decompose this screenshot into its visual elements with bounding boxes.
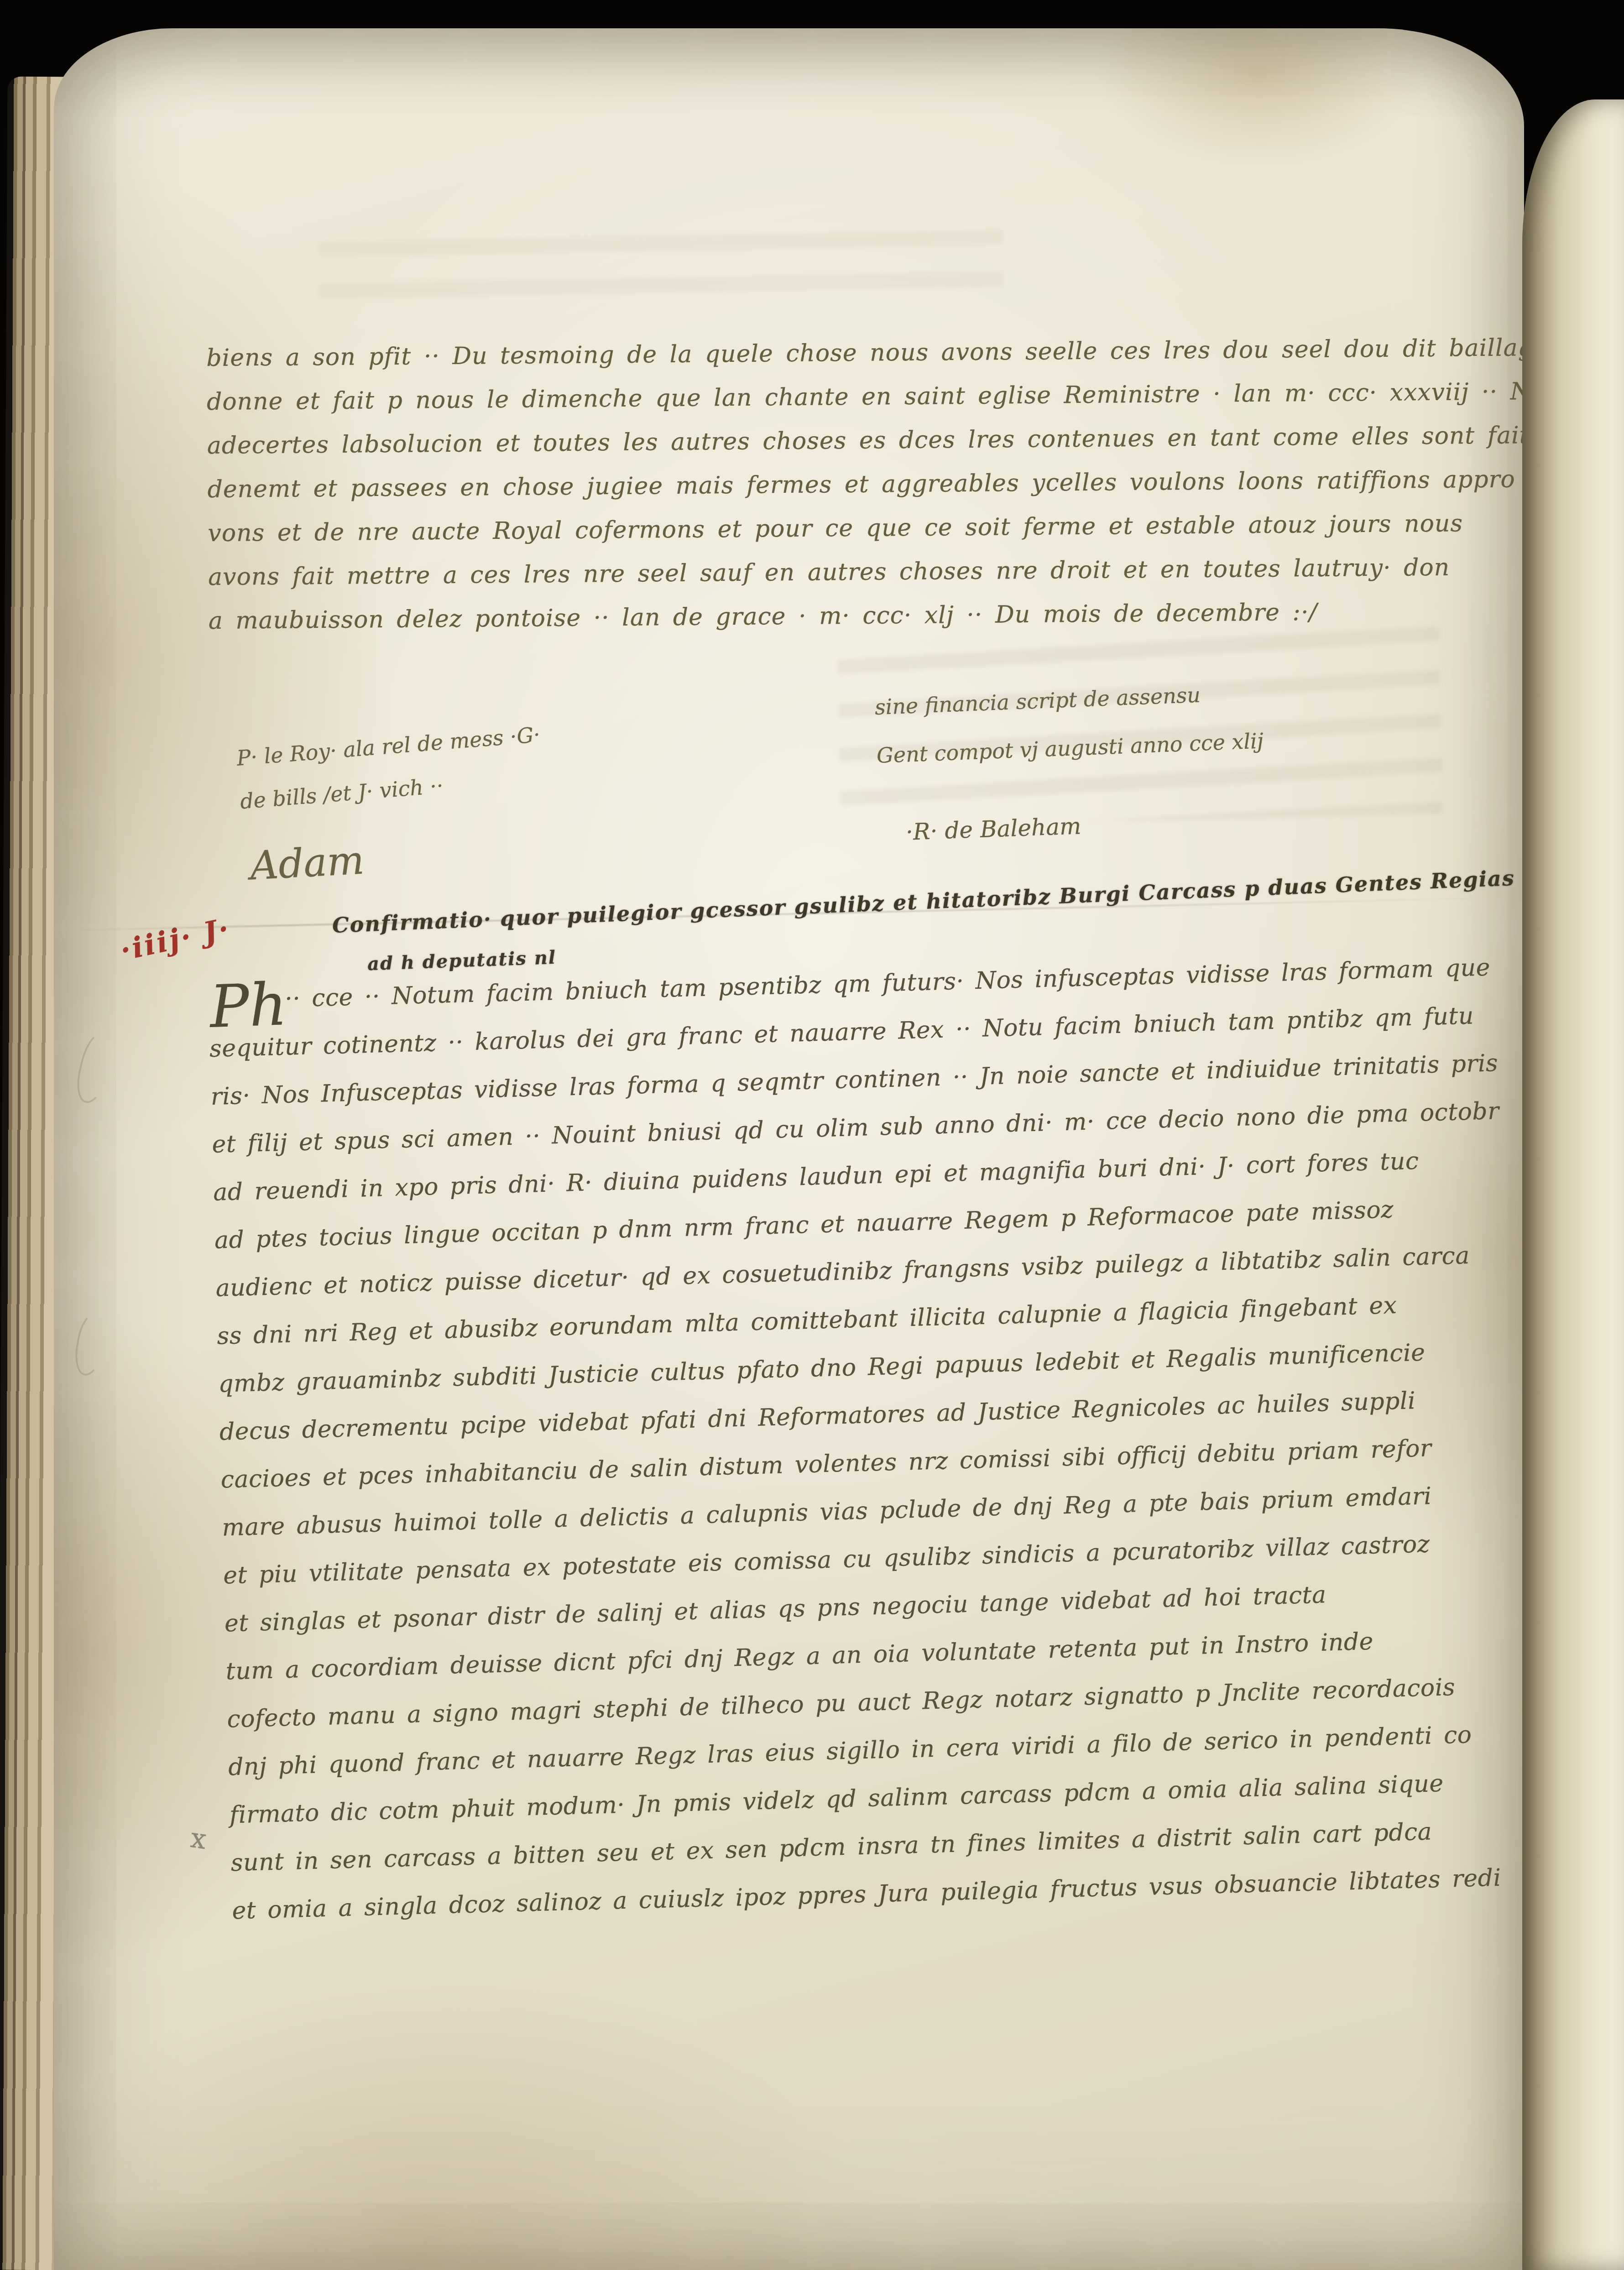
rubricated-item-number: ·iiij· J· — [117, 911, 234, 967]
clerk-signature: ·R· de Baleham — [905, 813, 1081, 845]
margin-cross-mark: x — [188, 1822, 208, 1856]
margin-pen-flourish — [71, 1311, 110, 1378]
photo-scene: biens a son pfit ·· Du tesmoing de la qu… — [0, 0, 1624, 2270]
french-act-paragraph: biens a son pfit ·· Du tesmoing de la qu… — [206, 325, 1579, 643]
ink-bleedthrough — [319, 214, 1003, 306]
next-page-fore-edge — [1522, 99, 1624, 2270]
chancery-note-right: sine financia script de assensu Gent com… — [874, 668, 1264, 779]
chancery-note-left: P· le Roy· ala rel de mess ·G· de bills … — [235, 713, 545, 824]
clerk-name-adam: Adam — [249, 838, 366, 889]
parchment-page: biens a son pfit ·· Du tesmoing de la qu… — [54, 28, 1524, 2270]
margin-pen-flourish — [72, 1029, 119, 1107]
latin-act-paragraph: ·· cce ·· Notum facim bniuch tam psentib… — [208, 944, 1520, 1935]
